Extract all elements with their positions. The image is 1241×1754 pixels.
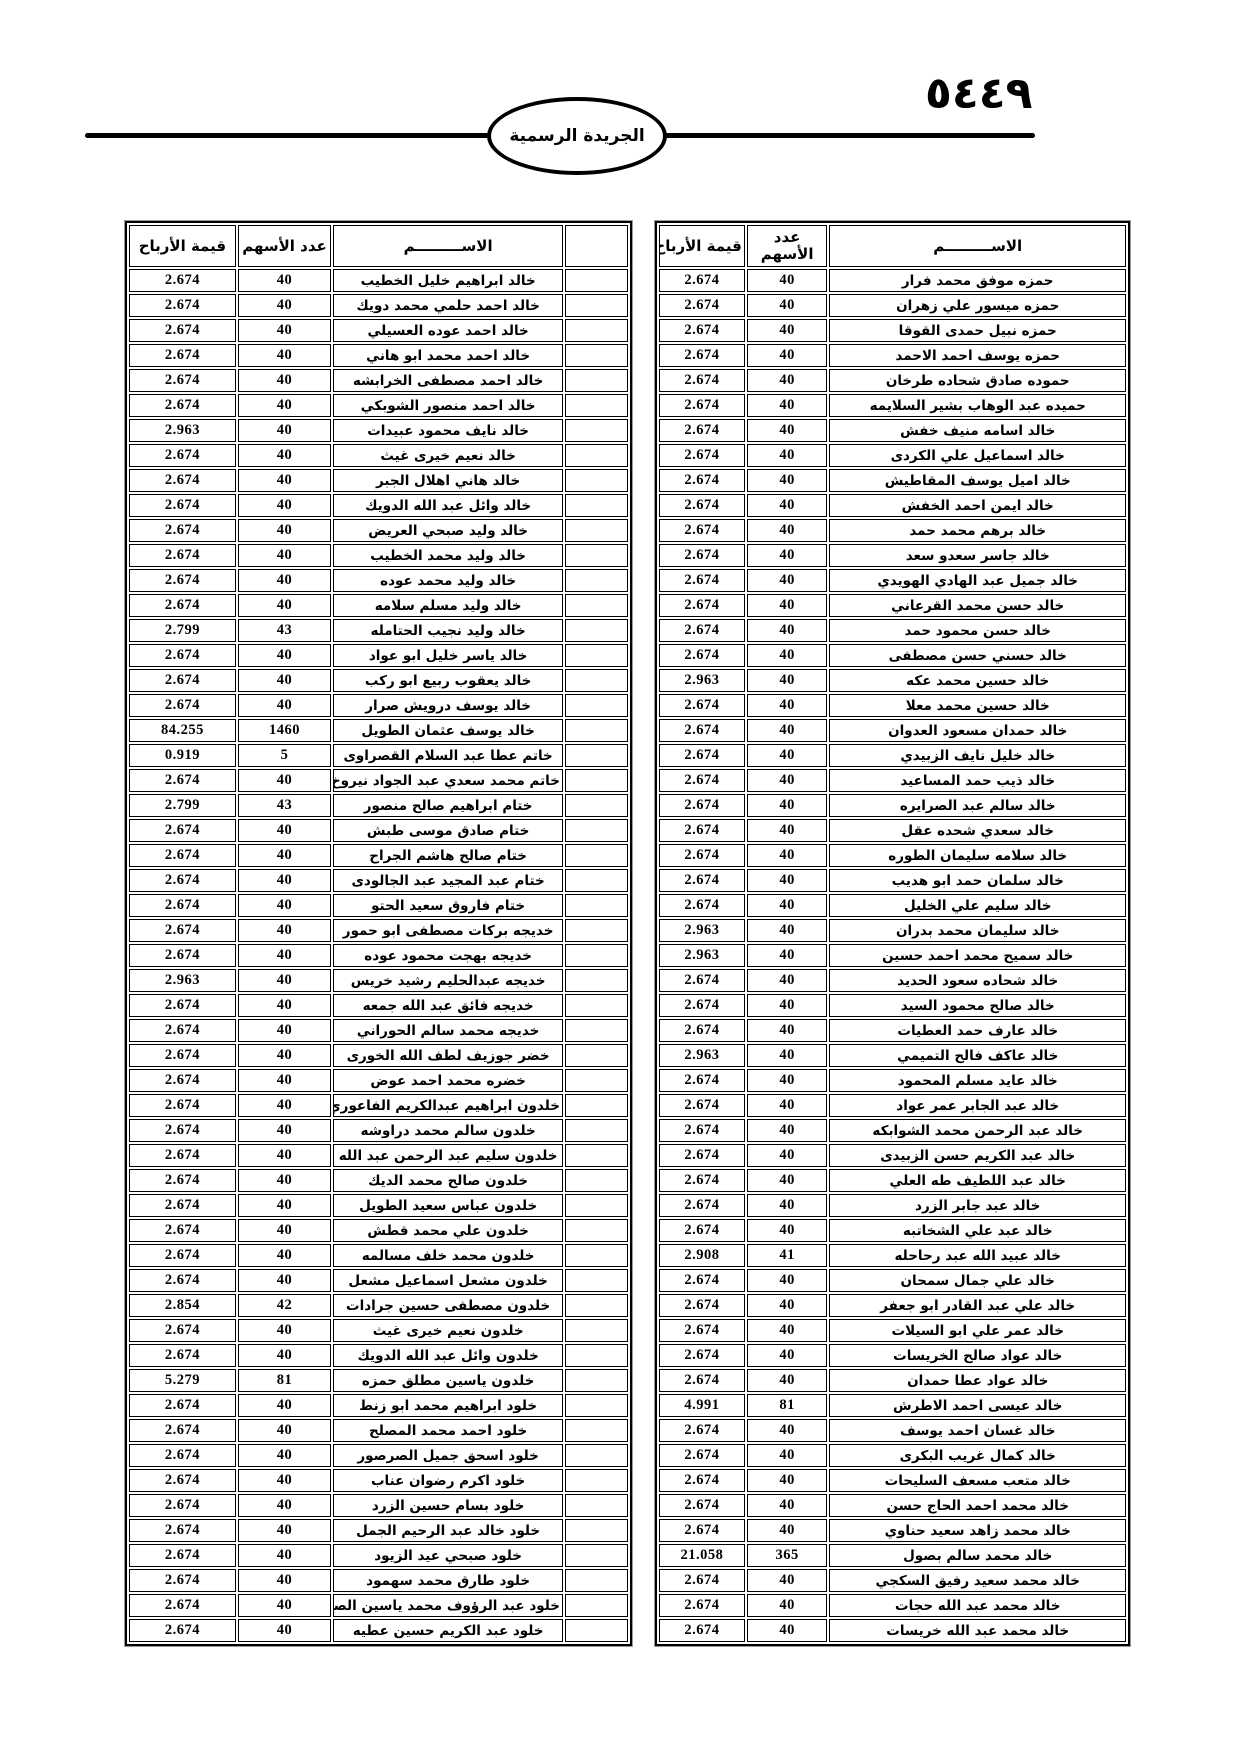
name-cell: خلود اكرم رضوان عناب — [333, 1469, 563, 1492]
shares-cell: 40 — [238, 1144, 332, 1167]
table-row: خالد يعقوب ربيع ابو ركب402.674 — [129, 669, 628, 692]
shares-cell: 40 — [238, 319, 332, 342]
serial-cell-empty — [565, 619, 628, 642]
shares-cell: 40 — [747, 544, 828, 567]
table-row: خالد سعدي شحده عقل402.674 — [659, 819, 1126, 842]
shares-cell: 40 — [238, 769, 332, 792]
serial-cell-empty — [565, 294, 628, 317]
profit-cell: 2.674 — [659, 1194, 745, 1217]
table-row: خلود احمد محمد المصلح402.674 — [129, 1419, 628, 1442]
serial-cell-empty — [565, 1519, 628, 1542]
shares-cell: 40 — [238, 1444, 332, 1467]
name-cell: حمزه ميسور علي زهران — [829, 294, 1126, 317]
profit-cell: 2.674 — [129, 319, 236, 342]
name-cell: خالد احمد محمد ابو هاني — [333, 344, 563, 367]
table-row: خالد حسين محمد معلا402.674 — [659, 694, 1126, 717]
table-row: خالد حسني حسن مصطفى402.674 — [659, 644, 1126, 667]
table-row: خالد برهم محمد حمد402.674 — [659, 519, 1126, 542]
profit-cell: 2.674 — [129, 694, 236, 717]
serial-cell-empty — [565, 1169, 628, 1192]
gazette-banner-title: الجريدة الرسمية — [509, 126, 644, 146]
shares-cell: 40 — [747, 1269, 828, 1292]
table-row: ختام صالح هاشم الجراح402.674 — [129, 844, 628, 867]
shares-cell: 40 — [238, 594, 332, 617]
profit-cell: 2.674 — [129, 669, 236, 692]
name-cell: خالد نايف محمود عبيدات — [333, 419, 563, 442]
name-cell: خلود احمد محمد المصلح — [333, 1419, 563, 1442]
profit-cell: 2.674 — [129, 1019, 236, 1042]
profit-cell: 2.963 — [129, 969, 236, 992]
serial-cell-empty — [565, 844, 628, 867]
shares-cell: 40 — [747, 369, 828, 392]
serial-cell-empty — [565, 869, 628, 892]
table-row: خالد وليد مسلم سلامه402.674 — [129, 594, 628, 617]
name-cell: خلدون ياسين مطلق حمزه — [333, 1369, 563, 1392]
shares-cell: 40 — [238, 894, 332, 917]
column-header-profit: قيمة الأرباح — [659, 225, 745, 267]
shares-cell: 40 — [747, 1169, 828, 1192]
table-row: خالد عايد مسلم المحمود402.674 — [659, 1069, 1126, 1092]
serial-cell-empty — [565, 1119, 628, 1142]
shares-cell: 40 — [747, 1219, 828, 1242]
shares-cell: 1460 — [238, 719, 332, 742]
profit-cell: 2.674 — [659, 469, 745, 492]
shares-cell: 40 — [238, 844, 332, 867]
shares-cell: 40 — [747, 1194, 828, 1217]
profit-cell: 2.674 — [129, 294, 236, 317]
shares-cell: 40 — [238, 444, 332, 467]
name-cell: خلود اسحق جميل الصرصور — [333, 1444, 563, 1467]
name-cell: خالد سليمان محمد بدران — [829, 919, 1126, 942]
table-row: خلود عبد الرؤوف محمد ياسين الصباغ402.674 — [129, 1594, 628, 1617]
name-cell: خالد وليد صبحي العريض — [333, 519, 563, 542]
serial-cell-empty — [565, 1144, 628, 1167]
name-cell: خلدون محمد خلف مسالمه — [333, 1244, 563, 1267]
name-cell: خالد هاني اهلال الجبر — [333, 469, 563, 492]
table-row: خلدون نعيم خيرى غيث402.674 — [129, 1319, 628, 1342]
profit-cell: 2.674 — [659, 519, 745, 542]
shares-cell: 40 — [747, 1594, 828, 1617]
name-cell: خالد جميل عبد الهادي الهويدي — [829, 569, 1126, 592]
table-row: خالد عبد الكريم حسن الزبيدى402.674 — [659, 1144, 1126, 1167]
serial-cell-empty — [565, 744, 628, 767]
page-number: ٥٤٤٩ — [925, 72, 1035, 116]
profit-cell: 2.674 — [659, 1169, 745, 1192]
shares-cell: 40 — [747, 1294, 828, 1317]
name-cell: خالد عبد علي الشخاتبه — [829, 1219, 1126, 1242]
name-cell: خالد سالم عبد الصرايره — [829, 794, 1126, 817]
name-cell: خالد حسين محمد معلا — [829, 694, 1126, 717]
name-cell: ختام صالح هاشم الجراح — [333, 844, 563, 867]
profit-cell: 2.674 — [129, 519, 236, 542]
shares-cell: 40 — [747, 619, 828, 642]
profit-cell: 2.674 — [129, 1094, 236, 1117]
profit-cell: 2.963 — [659, 669, 745, 692]
shares-cell: 40 — [747, 1369, 828, 1392]
table-row: خالد شحاده سعود الحديد402.674 — [659, 969, 1126, 992]
name-cell: خالد حمدان مسعود العدوان — [829, 719, 1126, 742]
table-row: خالد سليمان محمد بدران402.963 — [659, 919, 1126, 942]
shares-cell: 40 — [238, 494, 332, 517]
shares-cell: 40 — [747, 1444, 828, 1467]
name-cell: خضره محمد احمد عوض — [333, 1069, 563, 1092]
name-cell: خلود بسام حسين الزرد — [333, 1494, 563, 1517]
serial-cell-empty — [565, 994, 628, 1017]
shares-cell: 40 — [238, 994, 332, 1017]
name-cell: خالد علي جمال سمحان — [829, 1269, 1126, 1292]
profit-cell: 2.674 — [659, 1444, 745, 1467]
shares-cell: 40 — [238, 1344, 332, 1367]
profit-cell: 2.674 — [659, 1144, 745, 1167]
name-cell: خالد عاكف فالح التميمي — [829, 1044, 1126, 1067]
table-row: خلود خالد عبد الرحيم الجمل402.674 — [129, 1519, 628, 1542]
name-cell: خلود طارق محمد سهمود — [333, 1569, 563, 1592]
column-header-name: الاســـــــــم — [333, 225, 563, 267]
shares-cell: 40 — [238, 1119, 332, 1142]
profit-cell: 2.674 — [129, 494, 236, 517]
table-row: خلدون عباس سعيد الطويل402.674 — [129, 1194, 628, 1217]
serial-cell-empty — [565, 719, 628, 742]
table-row: خالد اسامه منيف خفش402.674 — [659, 419, 1126, 442]
profit-cell: 2.674 — [659, 1019, 745, 1042]
name-cell: خالد احمد منصور الشوبكي — [333, 394, 563, 417]
table-row: خلود ابراهيم محمد ابو زنط402.674 — [129, 1394, 628, 1417]
profit-cell: 2.674 — [129, 894, 236, 917]
shares-cell: 40 — [238, 1494, 332, 1517]
shares-cell: 40 — [238, 919, 332, 942]
table-row: خالد ايمن احمد الخفش402.674 — [659, 494, 1126, 517]
serial-cell-empty — [565, 769, 628, 792]
shares-cell: 40 — [747, 894, 828, 917]
table-row: خالد احمد منصور الشوبكي402.674 — [129, 394, 628, 417]
profit-cell: 2.674 — [659, 694, 745, 717]
profit-cell: 2.674 — [659, 769, 745, 792]
table-row: خالد عمر علي ابو السيلات402.674 — [659, 1319, 1126, 1342]
serial-cell-empty — [565, 1069, 628, 1092]
name-cell: خالد عايد مسلم المحمود — [829, 1069, 1126, 1092]
profit-cell: 2.674 — [659, 1319, 745, 1342]
shares-cell: 40 — [238, 969, 332, 992]
profit-cell: 2.674 — [129, 1244, 236, 1267]
profit-cell: 2.674 — [659, 819, 745, 842]
shares-cell: 40 — [747, 469, 828, 492]
profit-cell: 2.674 — [129, 1394, 236, 1417]
serial-cell-empty — [565, 319, 628, 342]
profit-cell: 2.674 — [129, 819, 236, 842]
name-cell: خالد اميل يوسف المقاطيش — [829, 469, 1126, 492]
profit-cell: 2.963 — [659, 1044, 745, 1067]
profit-cell: 2.674 — [129, 369, 236, 392]
table-row: خضر جوزيف لطف الله الخورى402.674 — [129, 1044, 628, 1067]
profit-cell: 2.674 — [129, 1444, 236, 1467]
shares-cell: 40 — [747, 669, 828, 692]
name-cell: خضر جوزيف لطف الله الخورى — [333, 1044, 563, 1067]
name-cell: ختام عبد المجيد عبد الجالودى — [333, 869, 563, 892]
profit-cell: 2.963 — [659, 944, 745, 967]
table-row: خالد سلامه سليمان الطوره402.674 — [659, 844, 1126, 867]
name-cell: خديجه عبدالحليم رشيد خريس — [333, 969, 563, 992]
table-row: خالد عبد اللطيف طه العلي402.674 — [659, 1169, 1126, 1192]
name-cell: خالد يعقوب ربيع ابو ركب — [333, 669, 563, 692]
left-shareholders-table: الاســـــــــم عدد الأسهم قيمة الأرباح خ… — [125, 221, 632, 1646]
table-row: خالد سميح محمد احمد حسين402.963 — [659, 944, 1126, 967]
table-row: خالد حسن محمد القرعاني402.674 — [659, 594, 1126, 617]
serial-cell-empty — [565, 419, 628, 442]
name-cell: خالد وليد محمد الخطيب — [333, 544, 563, 567]
serial-cell-empty — [565, 1394, 628, 1417]
shares-cell: 40 — [747, 794, 828, 817]
shares-cell: 40 — [747, 419, 828, 442]
name-cell: خلدون مصطفى حسين جرادات — [333, 1294, 563, 1317]
profit-cell: 2.674 — [659, 1294, 745, 1317]
serial-cell-empty — [565, 1344, 628, 1367]
serial-cell-empty — [565, 1369, 628, 1392]
shares-cell: 40 — [747, 919, 828, 942]
profit-cell: 2.674 — [659, 619, 745, 642]
name-cell: خاتم محمد سعدي عبد الجواد نيروخ — [333, 769, 563, 792]
shares-cell: 40 — [747, 844, 828, 867]
name-cell: خالد خليل نايف الزبيدي — [829, 744, 1126, 767]
profit-cell: 2.674 — [129, 869, 236, 892]
serial-cell-empty — [565, 519, 628, 542]
profit-cell: 2.674 — [659, 419, 745, 442]
serial-cell-empty — [565, 269, 628, 292]
name-cell: حمزه موفق محمد فرار — [829, 269, 1126, 292]
shares-cell: 40 — [747, 744, 828, 767]
shares-cell: 40 — [747, 944, 828, 967]
shares-cell: 5 — [238, 744, 332, 767]
profit-cell: 2.674 — [129, 644, 236, 667]
table-row: حميده عبد الوهاب بشير السلايمه402.674 — [659, 394, 1126, 417]
profit-cell: 2.674 — [129, 1319, 236, 1342]
serial-cell-empty — [565, 944, 628, 967]
serial-cell-empty — [565, 969, 628, 992]
name-cell: خالد احمد مصطفى الخرابشه — [333, 369, 563, 392]
name-cell: خالد سليم علي الخليل — [829, 894, 1126, 917]
shares-cell: 40 — [238, 419, 332, 442]
profit-cell: 2.674 — [659, 1569, 745, 1592]
name-cell: حمزه نبيل حمدى القوقا — [829, 319, 1126, 342]
table-row: خالد محمد سعيد رفيق السكجي402.674 — [659, 1569, 1126, 1592]
name-cell: خالد متعب مسعف السليحات — [829, 1469, 1126, 1492]
profit-cell: 2.963 — [129, 419, 236, 442]
table-row: خالد عارف حمد العطيات402.674 — [659, 1019, 1126, 1042]
shares-cell: 40 — [238, 1194, 332, 1217]
table-row: خالد هاني اهلال الجبر402.674 — [129, 469, 628, 492]
shares-cell: 40 — [747, 1094, 828, 1117]
profit-cell: 2.674 — [659, 369, 745, 392]
profit-cell: 2.674 — [129, 1044, 236, 1067]
shares-cell: 40 — [747, 494, 828, 517]
serial-cell-empty — [565, 569, 628, 592]
serial-cell-empty — [565, 494, 628, 517]
profit-cell: 2.674 — [659, 294, 745, 317]
shares-cell: 40 — [238, 694, 332, 717]
table-row: خديجه بهجت محمود عوده402.674 — [129, 944, 628, 967]
shares-cell: 40 — [747, 1419, 828, 1442]
table-row: ختام ابراهيم صالح منصور432.799 — [129, 794, 628, 817]
shares-cell: 40 — [238, 544, 332, 567]
table-row: خلود بسام حسين الزرد402.674 — [129, 1494, 628, 1517]
shares-cell: 40 — [747, 969, 828, 992]
table-row: خديجه محمد سالم الحوراني402.674 — [129, 1019, 628, 1042]
profit-cell: 5.279 — [129, 1369, 236, 1392]
table-row: خالد محمد عبد الله حجات402.674 — [659, 1594, 1126, 1617]
table-row: خالد حمدان مسعود العدوان402.674 — [659, 719, 1126, 742]
table-row: خالد صالح محمود السيد402.674 — [659, 994, 1126, 1017]
column-header-shares: عدد الأسهم — [747, 225, 828, 267]
name-cell: خالد برهم محمد حمد — [829, 519, 1126, 542]
table-row: ختام عبد المجيد عبد الجالودى402.674 — [129, 869, 628, 892]
serial-cell-empty — [565, 919, 628, 942]
shares-cell: 40 — [747, 594, 828, 617]
profit-cell: 2.674 — [129, 1519, 236, 1542]
shares-cell: 40 — [238, 1394, 332, 1417]
table-row: حموده صادق شحاده طرخان402.674 — [659, 369, 1126, 392]
shares-cell: 40 — [238, 344, 332, 367]
table-row: خالد عواد عطا حمدان402.674 — [659, 1369, 1126, 1392]
shares-cell: 40 — [747, 869, 828, 892]
table-row: خالد احمد مصطفى الخرابشه402.674 — [129, 369, 628, 392]
name-cell: خلدون وائل عبد الله الدويك — [333, 1344, 563, 1367]
table-row: خلدون صالح محمد الديك402.674 — [129, 1169, 628, 1192]
serial-cell-empty — [565, 1444, 628, 1467]
profit-cell: 2.674 — [659, 744, 745, 767]
table-row: خالد وليد صبحي العريض402.674 — [129, 519, 628, 542]
profit-cell: 2.674 — [129, 1569, 236, 1592]
serial-cell-empty — [565, 1044, 628, 1067]
profit-cell: 2.674 — [129, 1619, 236, 1642]
table-row: خالد سلمان حمد ابو هديب402.674 — [659, 869, 1126, 892]
column-header-profit: قيمة الأرباح — [129, 225, 236, 267]
table-row: خديجه بركات مصطفى ابو حمور402.674 — [129, 919, 628, 942]
column-header-name: الاســـــــــم — [829, 225, 1126, 267]
shares-cell: 40 — [747, 769, 828, 792]
shares-cell: 40 — [238, 1244, 332, 1267]
serial-cell-empty — [565, 594, 628, 617]
shares-cell: 40 — [747, 694, 828, 717]
profit-cell: 2.674 — [659, 869, 745, 892]
serial-cell-empty — [565, 344, 628, 367]
name-cell: خالد وليد نجيب الحتامله — [333, 619, 563, 642]
table-row: خالد عواد صالح الخريسات402.674 — [659, 1344, 1126, 1367]
serial-cell-empty — [565, 1619, 628, 1642]
shares-cell: 40 — [238, 1519, 332, 1542]
serial-cell-empty — [565, 469, 628, 492]
table-row: خالد عبد الجابر عمر عواد402.674 — [659, 1094, 1126, 1117]
serial-cell-empty — [565, 1544, 628, 1567]
profit-cell: 2.674 — [129, 344, 236, 367]
shares-cell: 40 — [747, 269, 828, 292]
shares-cell: 40 — [747, 994, 828, 1017]
shares-cell: 40 — [238, 519, 332, 542]
name-cell: خلدون مشعل اسماعيل مشعل — [333, 1269, 563, 1292]
table-row: خالد ياسر خليل ابو عواد402.674 — [129, 644, 628, 667]
profit-cell: 2.674 — [659, 1094, 745, 1117]
shares-cell: 40 — [747, 1494, 828, 1517]
shares-cell: 40 — [747, 719, 828, 742]
table-row: خالد حسن محمود حمد402.674 — [659, 619, 1126, 642]
name-cell: خديجه فائق عبد الله جمعه — [333, 994, 563, 1017]
shares-cell: 40 — [238, 569, 332, 592]
name-cell: خالد محمد سعيد رفيق السكجي — [829, 1569, 1126, 1592]
table-row: خالد احمد عوده العسيلي402.674 — [129, 319, 628, 342]
table-row: خلدون سليم عبد الرحمن عبد الله402.674 — [129, 1144, 628, 1167]
shares-cell: 42 — [238, 1294, 332, 1317]
name-cell: خالد صالح محمود السيد — [829, 994, 1126, 1017]
shares-cell: 40 — [747, 519, 828, 542]
name-cell: خالد حسني حسن مصطفى — [829, 644, 1126, 667]
profit-cell: 2.674 — [659, 319, 745, 342]
table-row: خالد محمد زاهد سعيد حناوي402.674 — [659, 1519, 1126, 1542]
profit-cell: 2.674 — [129, 544, 236, 567]
name-cell: خالد محمد سالم بصول — [829, 1544, 1126, 1567]
shares-cell: 40 — [747, 394, 828, 417]
table-row: خالد محمد احمد الحاج حسن402.674 — [659, 1494, 1126, 1517]
table-row: خالد علي عبد القادر ابو جعفر402.674 — [659, 1294, 1126, 1317]
profit-cell: 2.674 — [129, 1544, 236, 1567]
name-cell: ختام صادق موسى طبش — [333, 819, 563, 842]
profit-cell: 2.674 — [659, 644, 745, 667]
serial-cell-empty — [565, 1494, 628, 1517]
profit-cell: 2.674 — [129, 769, 236, 792]
profit-cell: 2.674 — [129, 1494, 236, 1517]
name-cell: خلود خالد عبد الرحيم الجمل — [333, 1519, 563, 1542]
name-cell: خلدون سالم محمد دراوشه — [333, 1119, 563, 1142]
shares-cell: 40 — [238, 944, 332, 967]
profit-cell: 2.674 — [129, 1194, 236, 1217]
table-row: خالد غسان احمد يوسف402.674 — [659, 1419, 1126, 1442]
shares-cell: 40 — [747, 1319, 828, 1342]
profit-cell: 2.674 — [659, 894, 745, 917]
profit-cell: 2.674 — [659, 1269, 745, 1292]
table-row: خالد يوسف عثمان الطويل146084.255 — [129, 719, 628, 742]
profit-cell: 2.674 — [129, 569, 236, 592]
gazette-banner-oval: الجريدة الرسمية — [487, 97, 667, 175]
name-cell: خالد يوسف درويش صرار — [333, 694, 563, 717]
name-cell: حميده عبد الوهاب بشير السلايمه — [829, 394, 1126, 417]
shares-cell: 40 — [747, 1019, 828, 1042]
profit-cell: 2.799 — [129, 619, 236, 642]
shares-cell: 40 — [238, 269, 332, 292]
shares-cell: 40 — [747, 1144, 828, 1167]
shares-cell: 40 — [238, 294, 332, 317]
shares-cell: 40 — [747, 1519, 828, 1542]
profit-cell: 2.674 — [659, 969, 745, 992]
shares-cell: 40 — [747, 319, 828, 342]
name-cell: خالد محمد عبد الله خريسات — [829, 1619, 1126, 1642]
table-row: خلود اسحق جميل الصرصور402.674 — [129, 1444, 628, 1467]
table-row: خالد سليم علي الخليل402.674 — [659, 894, 1126, 917]
profit-cell: 2.674 — [129, 944, 236, 967]
table-row: خالد احمد حلمي محمد دويك402.674 — [129, 294, 628, 317]
serial-cell-empty — [565, 1569, 628, 1592]
profit-cell: 2.674 — [129, 1469, 236, 1492]
table-row: خضره محمد احمد عوض402.674 — [129, 1069, 628, 1092]
profit-cell: 2.674 — [129, 594, 236, 617]
table-row: خالد جميل عبد الهادي الهويدي402.674 — [659, 569, 1126, 592]
name-cell: خالد ابراهيم خليل الخطيب — [333, 269, 563, 292]
name-cell: خالد عواد عطا حمدان — [829, 1369, 1126, 1392]
name-cell: خالد اسماعيل علي الكردى — [829, 444, 1126, 467]
table-row: خالد متعب مسعف السليحات402.674 — [659, 1469, 1126, 1492]
profit-cell: 2.674 — [659, 494, 745, 517]
table-row: خالد اميل يوسف المقاطيش402.674 — [659, 469, 1126, 492]
profit-cell: 0.919 — [129, 744, 236, 767]
profit-cell: 2.674 — [129, 1069, 236, 1092]
shares-cell: 40 — [747, 344, 828, 367]
name-cell: حمزه يوسف احمد الاحمد — [829, 344, 1126, 367]
